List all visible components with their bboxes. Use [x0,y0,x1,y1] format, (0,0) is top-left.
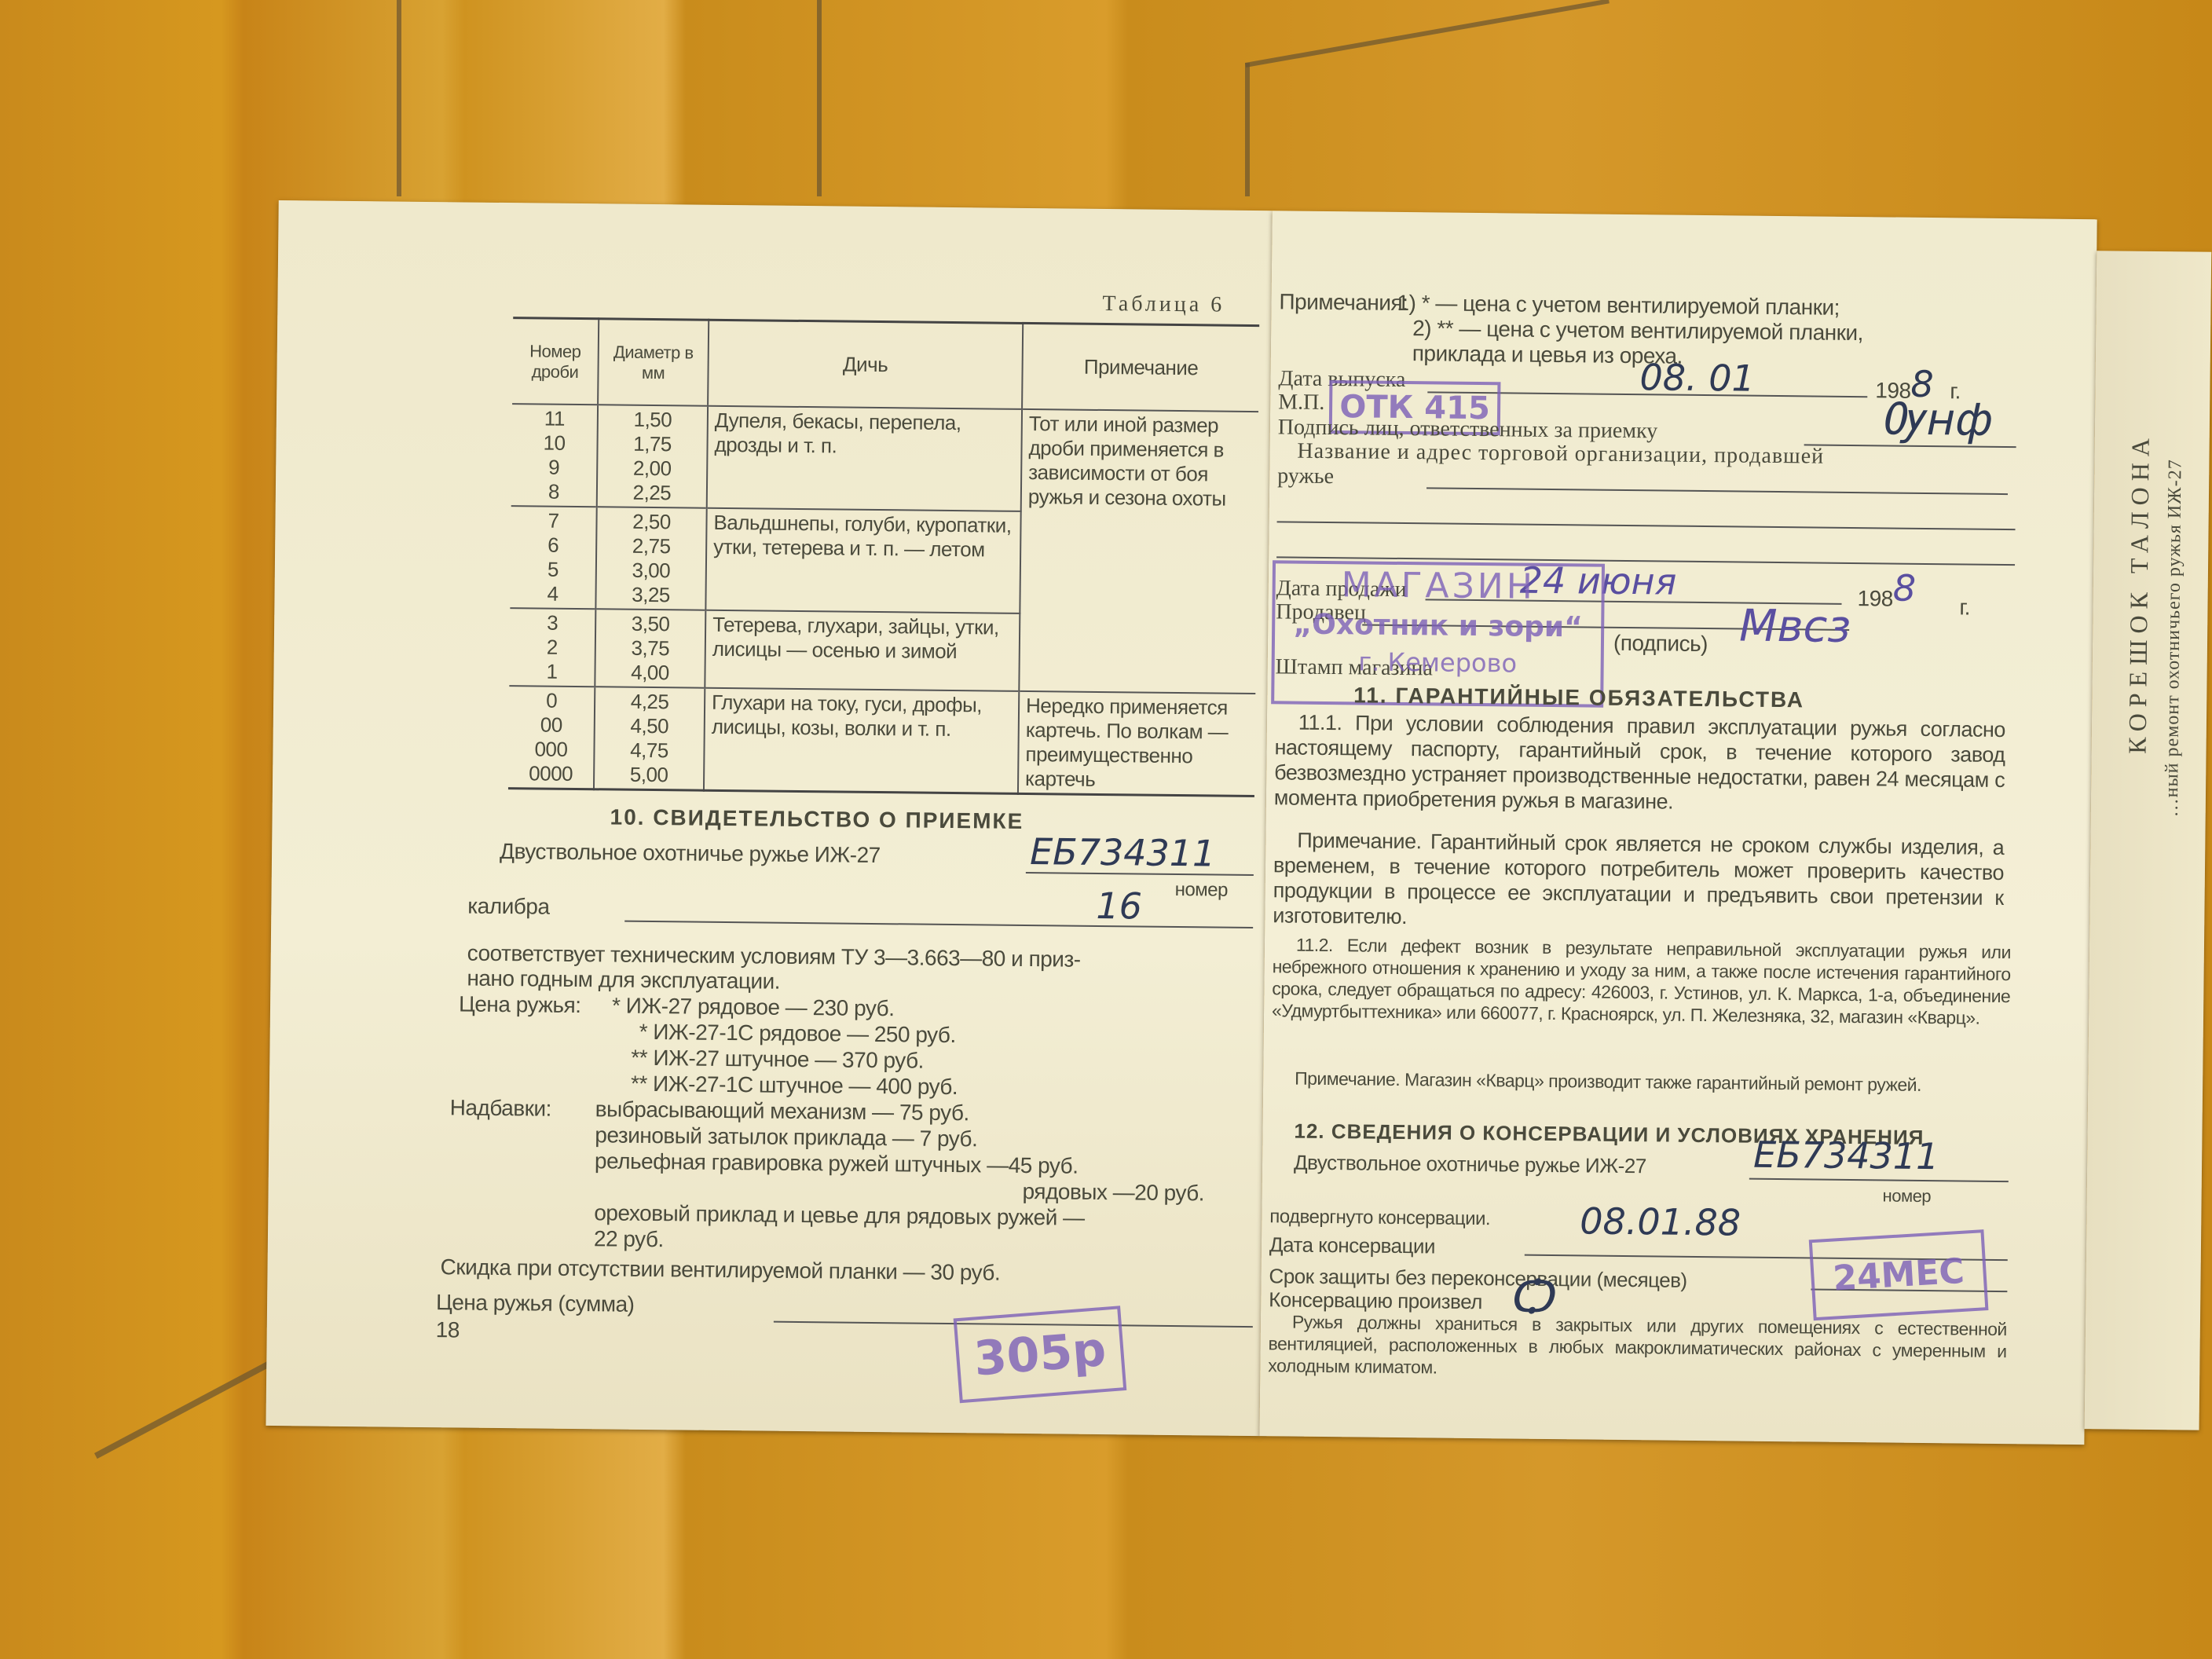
extra-item: 22 руб. [594,1226,664,1252]
section-12-number-caption: номер [1882,1183,1931,1209]
price-item: * ИЖ-27-1С рядовое — 250 руб. [639,1020,956,1048]
extra-item: ореховый приклад и цевье для рядовых руж… [594,1200,1085,1231]
floor-seam [817,0,822,196]
extra-item: рядовых —20 руб. [1022,1179,1204,1206]
acceptance-signature: Ѹнф [1883,394,1994,445]
seller-signature: Мвсз [1739,601,1851,653]
extra-item: резиновый затылок приклада — 7 руб. [595,1122,977,1152]
stub-title: КОРЕШОК ТАЛОНА [2123,432,2155,754]
notes-label: Примечания: [1279,289,1408,316]
floor-seam [1245,0,1610,68]
gun-model-label: Двуствольное охотничье ружье ИЖ-27 [500,839,881,868]
protection-stamp: 24МЕС [1809,1229,1989,1320]
note-cell: Тот или иной размер дроби применяется в … [1019,409,1258,694]
price-item: * ИЖ-27 рядовое — 230 руб. [612,993,895,1021]
conformity-line-2: нано годным для эксплуатации. [467,966,780,994]
table-row: 111098 1,501,752,002,25 Дупеля, бекасы, … [511,404,1258,514]
caliber-line [624,921,1253,928]
extra-item: рельефная гравировка ружей штучных —45 р… [595,1148,1079,1178]
price-item: ** ИЖ-27-1С штучное — 400 руб. [631,1071,958,1100]
shop-stamp-line: „Охотник и зори“ [1275,606,1601,646]
sum-stamp: 305р [954,1306,1127,1403]
col-shot-number: Номер дроби [512,318,599,405]
conservation-date-label: Дата консервации [1269,1232,1435,1258]
sale-year-suffix: г. [1959,595,1970,620]
extras-label: Надбавки: [450,1095,551,1121]
storage-text: Ружья должны храниться в закрытых или др… [1268,1310,2007,1384]
col-game: Дичь [708,320,1023,409]
section-12-gun-label: Двуствольное охотничье ружье ИЖ-27 [1294,1150,1646,1179]
sum-label: Цена ружья (сумма) [436,1290,635,1317]
section-11-title: 11. ГАРАНТИЙНЫЕ ОБЯЗАТЕЛЬСТВА [1353,683,1804,712]
coupon-stub: КОРЕШОК ТАЛОНА …ный ремонт охотничьего р… [2085,251,2212,1430]
price-item: ** ИЖ-27 штучное — 370 руб. [631,1046,924,1074]
section-12-serial-line [1749,1178,2009,1182]
section-11-note2: Примечание. Магазин «Кварц» производит т… [1271,1067,2009,1097]
gun-passport-booklet: Таблица 6 Номер дроби Диаметр в мм Дичь … [266,185,2211,1446]
stub-subtitle: …ный ремонт охотничьего ружья ИЖ-27 [2162,459,2187,817]
right-page: Примечания: 1) * — цена с учетом вентили… [1259,211,2097,1445]
shot-size-table: Номер дроби Диаметр в мм Дичь Примечание… [508,317,1259,797]
serial-handwritten: ЕБ734311 [1030,830,1216,874]
section-11-p1: 11.1. При условии соблюдения правил эксп… [1274,709,2005,818]
sale-year-prefix: 198 [1857,586,1893,611]
caliber-label: калибра [467,894,549,920]
shop-stamp-line: г. Кемерово [1274,643,1600,681]
table-caption: Таблица 6 [1102,291,1225,318]
section-11-p2: 11.2. Если дефект возник в результате не… [1272,933,2011,1029]
floor-seam [397,0,401,196]
release-date-handwritten: 08. 01 [1639,356,1755,400]
col-note: Примечание [1022,323,1259,412]
section-12-serial-handwritten: ЕБ734311 [1753,1133,1939,1177]
caliber-handwritten: 16 [1096,884,1142,928]
conservation-date-handwritten: 08.01.88 [1580,1199,1741,1243]
section-11-note1: Примечание. Гарантийный срок является не… [1273,827,2004,936]
signature-caption: (подпись) [1613,631,1708,657]
mp-label: М.П. [1278,390,1324,416]
number-caption: номер [1174,877,1228,903]
price-label: Цена ружья: [459,991,581,1018]
trade-org-line [1426,487,2008,495]
subjected-text: подвергнуто консервации. [1269,1204,1490,1232]
shop-stamp-line: МАГАЗИН [1275,563,1602,609]
section-10-title: 10. СВИДЕТЕЛЬСТВО О ПРИЕМКЕ [610,804,1024,834]
col-diameter: Диаметр в мм [598,319,709,406]
table-row: 0000000000 4,254,504,755,00 Глухари на т… [508,686,1255,796]
sale-year-handwritten: 8 [1892,567,1916,610]
left-page: Таблица 6 Номер дроби Диаметр в мм Дичь … [266,200,1272,1436]
trade-org-label: Название и адрес торговой организации, п… [1297,439,1824,470]
extra-item: выбрасывающий механизм — 75 руб. [595,1097,969,1126]
trade-org-line [1277,521,2016,530]
page-number: 18 [436,1317,460,1342]
floor-seam [1245,63,1250,196]
discount-text: Скидка при отсутствии вентилируемой план… [440,1254,1000,1285]
trade-org-label-2: ружье [1277,463,1334,489]
